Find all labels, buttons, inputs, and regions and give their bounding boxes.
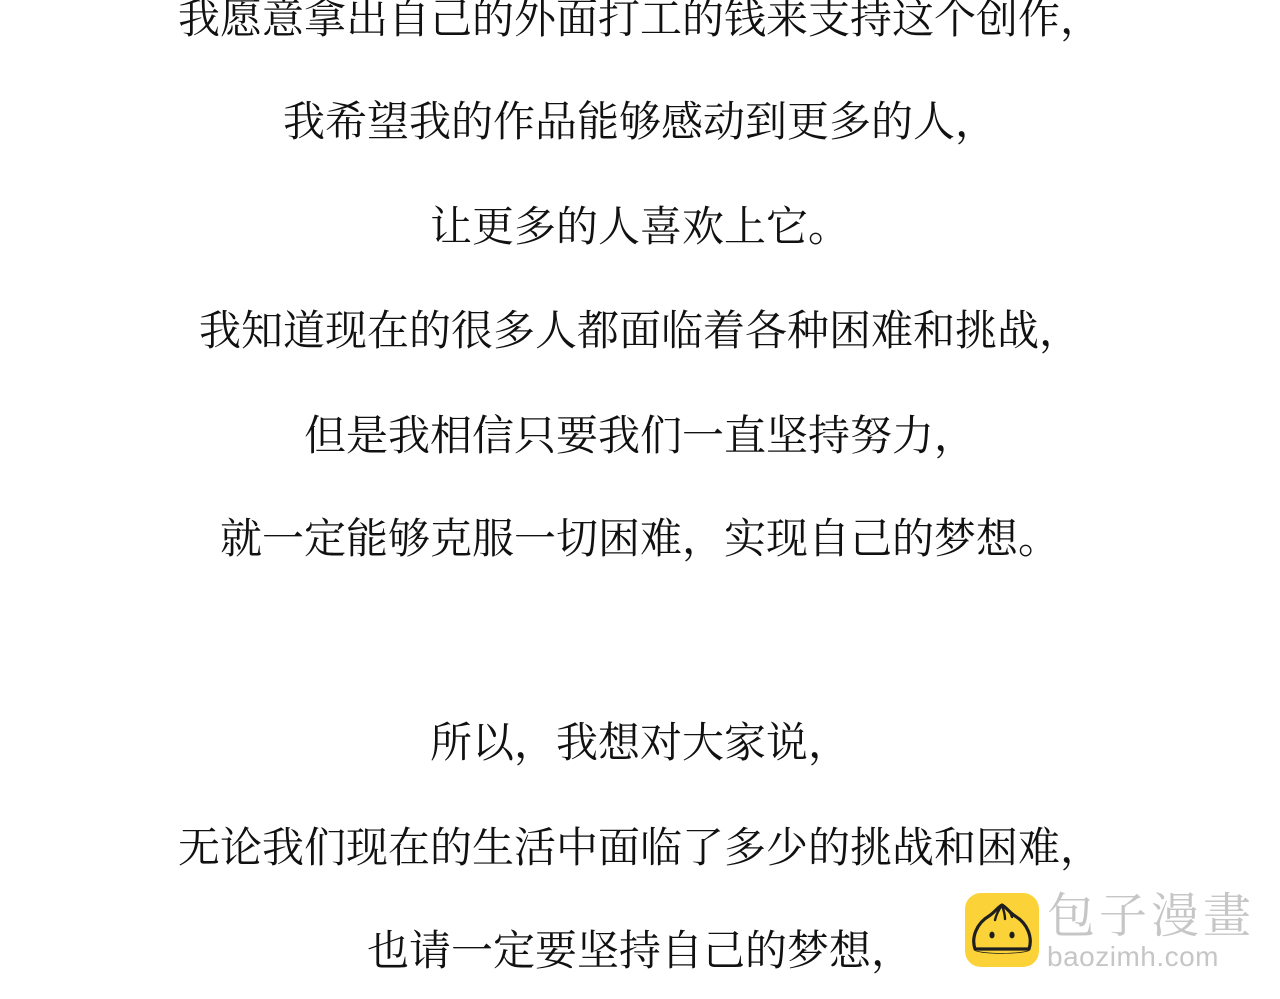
- comic-text-page: 我愿意拿出自己的外面打工的钱来支持这个创作， 我希望我的作品能够感动到更多的人，…: [0, 0, 1280, 999]
- text-line-2: 我希望我的作品能够感动到更多的人，: [0, 96, 1280, 148]
- site-watermark: 包子漫畫 baozimh.com: [965, 893, 1265, 973]
- text-line-6: 就一定能够克服一切困难，实现自己的梦想。: [0, 513, 1280, 565]
- text-line-1: 我愿意拿出自己的外面打工的钱来支持这个创作，: [0, 0, 1280, 45]
- watermark-url: baozimh.com: [1047, 941, 1219, 973]
- text-line-8: 无论我们现在的生活中面临了多少的挑战和困难，: [0, 822, 1280, 874]
- text-line-5: 但是我相信只要我们一直坚持努力，: [0, 410, 1280, 462]
- text-line-3: 让更多的人喜欢上它。: [0, 201, 1280, 253]
- watermark-title: 包子漫畫: [1047, 889, 1255, 943]
- text-line-4: 我知道现在的很多人都面临着各种困难和挑战，: [0, 305, 1280, 357]
- baozi-bun-icon: [965, 893, 1039, 967]
- text-line-7: 所以，我想对大家说，: [0, 717, 1280, 769]
